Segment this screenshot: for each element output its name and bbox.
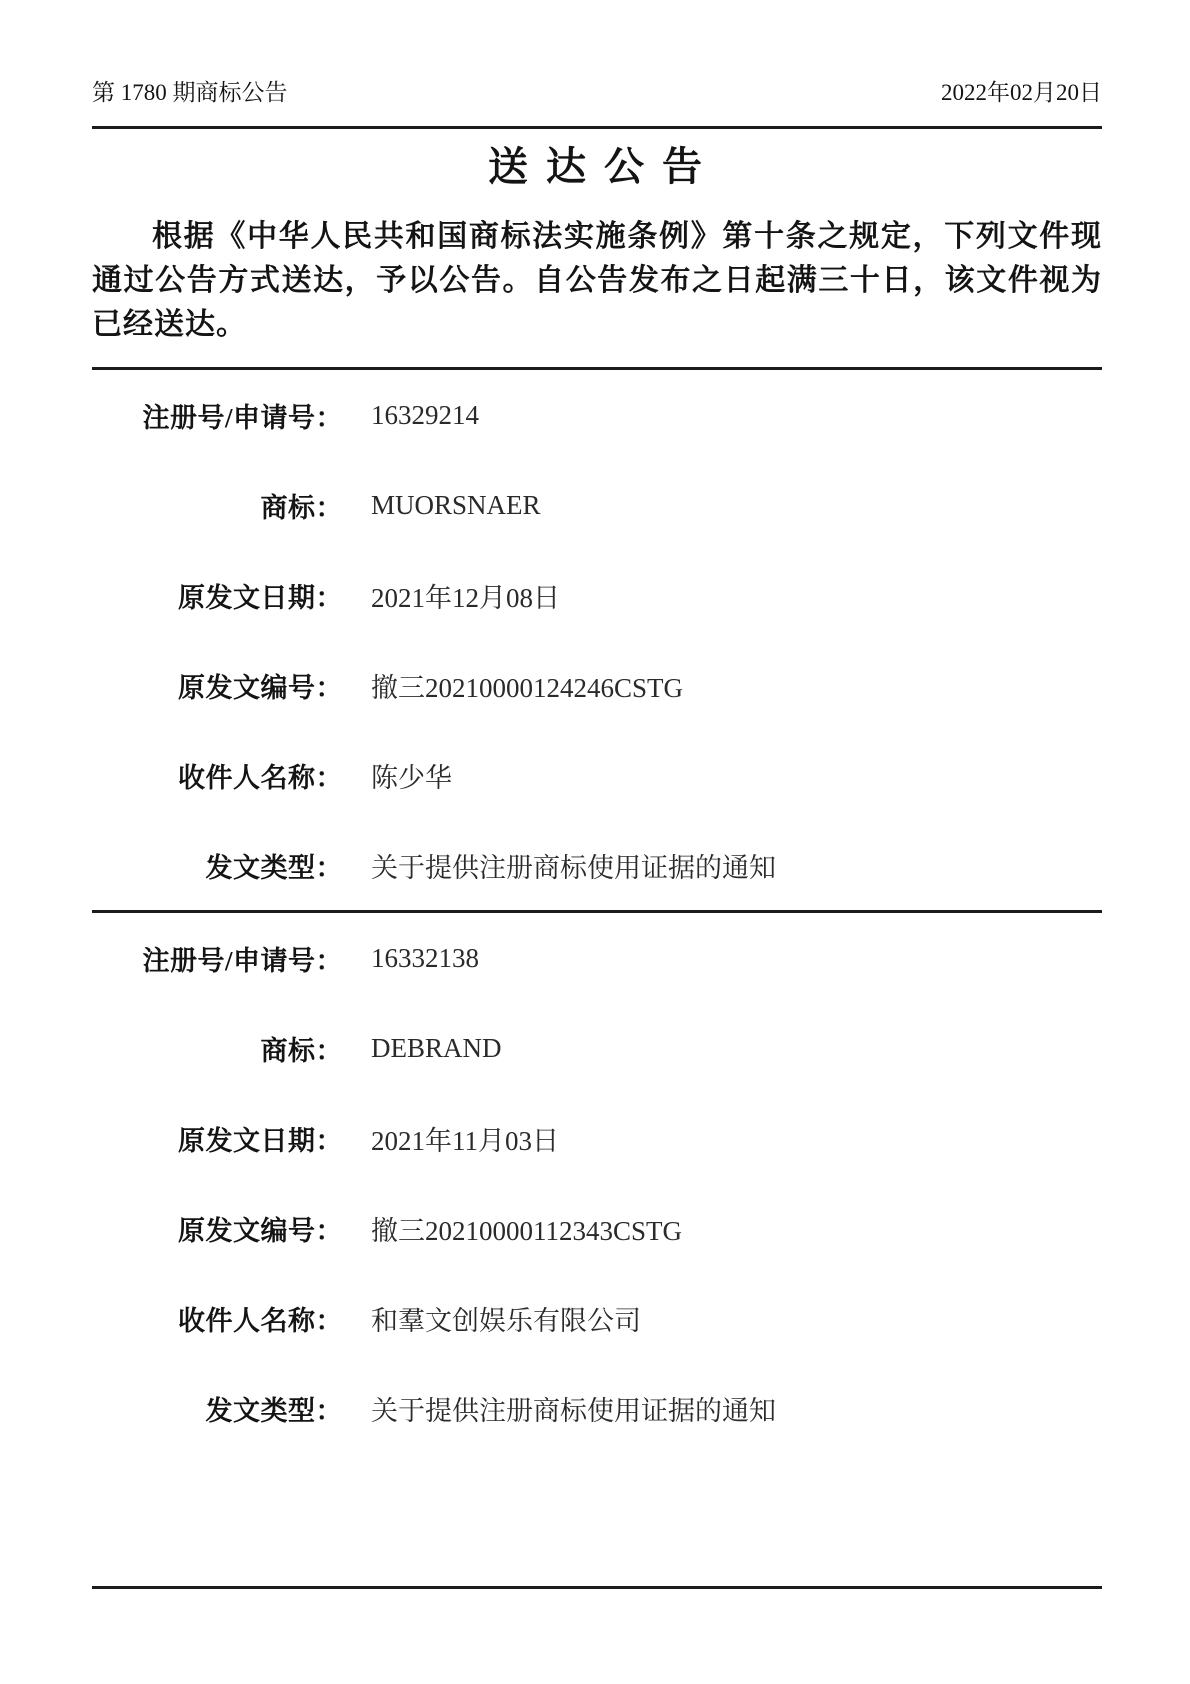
record: 注册号/申请号： 16332138 商标： DEBRAND 原发文日期： 202…	[92, 910, 1102, 1453]
field-label: 原发文日期：	[92, 1119, 343, 1158]
field-label: 收件人名称：	[92, 756, 343, 795]
field-value: MUORSNAER	[371, 490, 541, 521]
field-value: 关于提供注册商标使用证据的通知	[371, 846, 776, 885]
page-header: 第 1780 期商标公告 2022年02月20日	[92, 0, 1102, 129]
field-row: 收件人名称： 陈少华	[92, 730, 1102, 820]
field-row: 注册号/申请号： 16332138	[92, 913, 1102, 1003]
field-label: 发文类型：	[92, 846, 343, 885]
field-row: 原发文日期： 2021年11月03日	[92, 1093, 1102, 1183]
field-label: 发文类型：	[92, 1389, 343, 1428]
field-value: 撤三20210000112343CSTG	[371, 1209, 682, 1248]
field-row: 发文类型： 关于提供注册商标使用证据的通知	[92, 820, 1102, 910]
bottom-rule	[92, 1586, 1102, 1589]
field-value: 2021年12月08日	[371, 576, 560, 615]
field-value: 16329214	[371, 400, 479, 431]
records: 注册号/申请号： 16329214 商标： MUORSNAER 原发文日期： 2…	[92, 367, 1102, 1453]
field-row: 原发文编号： 撤三20210000112343CSTG	[92, 1183, 1102, 1273]
field-label: 原发文日期：	[92, 576, 343, 615]
field-row: 商标： DEBRAND	[92, 1003, 1102, 1093]
field-row: 商标： MUORSNAER	[92, 460, 1102, 550]
field-label: 注册号/申请号：	[92, 939, 343, 978]
field-label: 商标：	[92, 1029, 343, 1068]
gazette-page: 第 1780 期商标公告 2022年02月20日 送 达 公 告 根据《中华人民…	[0, 0, 1190, 1684]
gazette-date: 2022年02月20日	[941, 78, 1102, 108]
field-row: 原发文日期： 2021年12月08日	[92, 550, 1102, 640]
field-value: 陈少华	[371, 756, 452, 795]
field-label: 商标：	[92, 486, 343, 525]
field-row: 收件人名称： 和羣文创娱乐有限公司	[92, 1273, 1102, 1363]
gazette-issue-number: 第 1780 期商标公告	[92, 78, 288, 108]
field-value: 和羣文创娱乐有限公司	[371, 1299, 641, 1338]
field-label: 原发文编号：	[92, 666, 343, 705]
field-value: 撤三20210000124246CSTG	[371, 666, 683, 705]
field-value: 2021年11月03日	[371, 1119, 559, 1158]
field-value: 16332138	[371, 943, 479, 974]
field-label: 注册号/申请号：	[92, 396, 343, 435]
field-row: 发文类型： 关于提供注册商标使用证据的通知	[92, 1363, 1102, 1453]
field-value: DEBRAND	[371, 1033, 502, 1064]
field-value: 关于提供注册商标使用证据的通知	[371, 1389, 776, 1428]
record: 注册号/申请号： 16329214 商标： MUORSNAER 原发文日期： 2…	[92, 367, 1102, 910]
page-title: 送 达 公 告	[92, 143, 1102, 191]
field-label: 原发文编号：	[92, 1209, 343, 1248]
intro-paragraph: 根据《中华人民共和国商标法实施条例》第十条之规定，下列文件现通过公告方式送达，予…	[92, 215, 1102, 347]
field-row: 注册号/申请号： 16329214	[92, 370, 1102, 460]
field-label: 收件人名称：	[92, 1299, 343, 1338]
field-row: 原发文编号： 撤三20210000124246CSTG	[92, 640, 1102, 730]
